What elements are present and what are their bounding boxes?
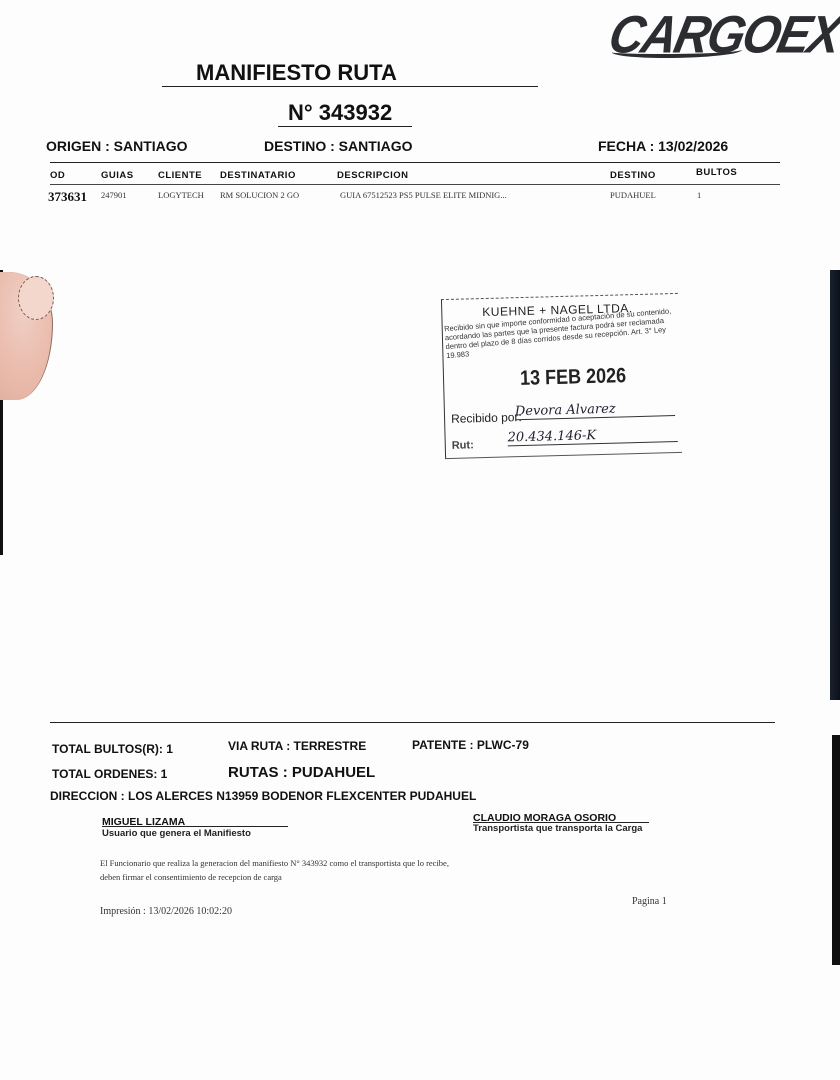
stamp-rut: 20.434.146-K	[507, 426, 677, 446]
col-cliente: CLIENTE	[158, 170, 202, 181]
title-underline	[162, 86, 538, 87]
col-od: OD	[50, 170, 65, 181]
thumbnail-image	[18, 276, 54, 320]
cell-destinatario: RM SOLUCION 2 GO	[220, 190, 299, 200]
table-top-rule	[50, 162, 780, 163]
document-title: MANIFIESTO RUTA	[196, 60, 397, 86]
signer-left-role: Usuario que genera el Manifiesto	[102, 828, 251, 839]
cell-guia: 247901	[101, 190, 127, 200]
stamp-date: 13 FEB 2026	[520, 364, 627, 391]
cell-od: 373631	[48, 189, 87, 205]
printed-timestamp: Impresión : 13/02/2026 10:02:20	[100, 906, 232, 917]
patente: PATENTE : PLWC-79	[412, 738, 529, 752]
page-number: Pagina 1	[632, 896, 667, 907]
col-descripcion: DESCRIPCION	[337, 170, 408, 181]
signer-left-line	[102, 826, 288, 827]
col-guias: GUIAS	[101, 170, 134, 181]
destination: DESTINO : SANTIAGO	[264, 138, 413, 154]
total-bultos: TOTAL BULTOS(R): 1	[52, 742, 173, 756]
table-header-rule	[50, 184, 780, 185]
scan-edge-right	[830, 270, 840, 700]
rutas: RUTAS : PUDAHUEL	[228, 764, 375, 781]
scan-edge-left-lower	[0, 395, 3, 555]
manifest-number: N° 343932	[288, 100, 392, 126]
total-ordenes: TOTAL ORDENES: 1	[52, 767, 167, 781]
note-line-2: deben firmar el consentimiento de recepc…	[100, 872, 282, 882]
stamp-received-by: Devora Alvarez	[515, 400, 675, 420]
col-bultos: BULTOS	[696, 167, 737, 178]
signer-right-role: Transportista que transporta la Carga	[473, 823, 642, 834]
cell-descripcion: GUIA 67512523 PS5 PULSE ELITE MIDNIG...	[340, 190, 507, 200]
origin: ORIGEN : SANTIAGO	[46, 138, 188, 154]
number-underline	[278, 126, 412, 127]
cell-cliente: LOGYTECH	[158, 190, 204, 200]
reception-stamp: KUEHNE + NAGEL LTDA. Recibido sin que im…	[441, 293, 682, 459]
scan-edge-right-lower	[832, 735, 840, 965]
cell-destino: PUDAHUEL	[610, 190, 656, 200]
col-destino: DESTINO	[610, 170, 656, 181]
stamp-rut-label: Rut:	[452, 439, 474, 452]
via-ruta: VIA RUTA : TERRESTRE	[228, 739, 366, 753]
note-line-1: El Funcionario que realiza la generacion…	[100, 858, 449, 868]
date: FECHA : 13/02/2026	[598, 138, 728, 154]
direccion: DIRECCION : LOS ALERCES N13959 BODENOR F…	[50, 789, 476, 803]
stamp-legal-text: Recibido sin que importe conformidad o a…	[444, 306, 682, 360]
col-destinatario: DESTINATARIO	[220, 170, 296, 181]
footer-rule	[50, 722, 775, 723]
stamp-received-label: Recibido por:	[451, 410, 522, 426]
cell-bultos: 1	[697, 190, 701, 200]
